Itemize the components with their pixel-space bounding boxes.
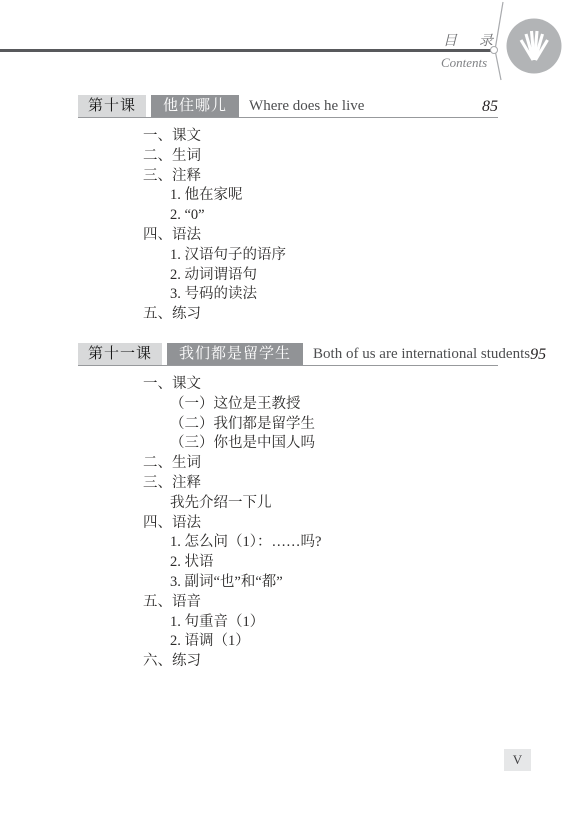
toc-item-list: 一、课文（一）这位是王教授（二）我们都是留学生（三）你也是中国人吗二、生词三、注…: [0, 375, 576, 672]
lesson-title-badge: 我们都是留学生: [167, 343, 303, 365]
toc-item: 四、语法: [143, 226, 576, 246]
lesson-number-badge: 第十一课: [78, 343, 162, 365]
toc-item: 2. 动词谓语句: [170, 266, 576, 286]
lesson-page-number: 95: [530, 346, 546, 365]
toc-page: 目 录 Contents 第十课 他住哪儿 Where does he live…: [0, 0, 576, 817]
lesson-number-badge: 第十课: [78, 95, 146, 117]
header-rule: [0, 49, 491, 52]
lesson-title-badge: 他住哪儿: [151, 95, 239, 117]
toc-item: 二、生词: [143, 454, 576, 474]
folio-page-number: V: [504, 749, 531, 771]
toc-item: 四、语法: [143, 514, 576, 534]
toc-item: 我先介绍一下儿: [170, 494, 576, 514]
toc-item: （三）你也是中国人吗: [170, 434, 576, 454]
lesson-page-number: 85: [482, 98, 498, 117]
toc-item: 1. 汉语句子的语序: [170, 246, 576, 266]
toc-item: 一、课文: [143, 127, 576, 147]
toc-item: 三、注释: [143, 474, 576, 494]
toc-item: 2. 状语: [170, 553, 576, 573]
toc-item: 二、生词: [143, 147, 576, 167]
lesson-header-row: 第十一课 我们都是留学生 Both of us are internationa…: [78, 342, 498, 366]
open-book-logo-icon: [506, 18, 562, 74]
toc-item: 六、练习: [143, 652, 576, 672]
contents-title-cn-char: 目: [443, 30, 457, 50]
lesson-header-row: 第十课 他住哪儿 Where does he live 85: [78, 94, 498, 118]
toc-item: （一）这位是王教授: [170, 395, 576, 415]
toc-item: 1. 句重音（1）: [170, 613, 576, 633]
toc-item: 五、练习: [143, 305, 576, 325]
lesson-english-title: Where does he live: [249, 98, 364, 117]
toc-item: 3. 副词“也”和“都”: [170, 573, 576, 593]
contents-title-en: Contents: [441, 55, 487, 71]
toc-item: 三、注释: [143, 167, 576, 187]
toc-item: 3. 号码的读法: [170, 285, 576, 305]
toc-item: （二）我们都是留学生: [170, 415, 576, 435]
toc-item: 1. 怎么问（1）：……吗?: [170, 533, 576, 553]
toc-item: 2. 语调（1）: [170, 632, 576, 652]
toc-item: 1. 他在家呢: [170, 186, 576, 206]
toc-item: 一、课文: [143, 375, 576, 395]
toc-item: 2. “0”: [170, 206, 576, 226]
lesson-section: 第十课 他住哪儿 Where does he live 85 一、课文二、生词三…: [0, 94, 576, 325]
toc-item: 五、语音: [143, 593, 576, 613]
decorative-ring-icon: [490, 46, 498, 54]
lesson-section: 第十一课 我们都是留学生 Both of us are internationa…: [0, 342, 576, 672]
lesson-english-title: Both of us are international students: [313, 346, 530, 365]
toc-item-list: 一、课文二、生词三、注释1. 他在家呢2. “0”四、语法1. 汉语句子的语序2…: [0, 127, 576, 325]
